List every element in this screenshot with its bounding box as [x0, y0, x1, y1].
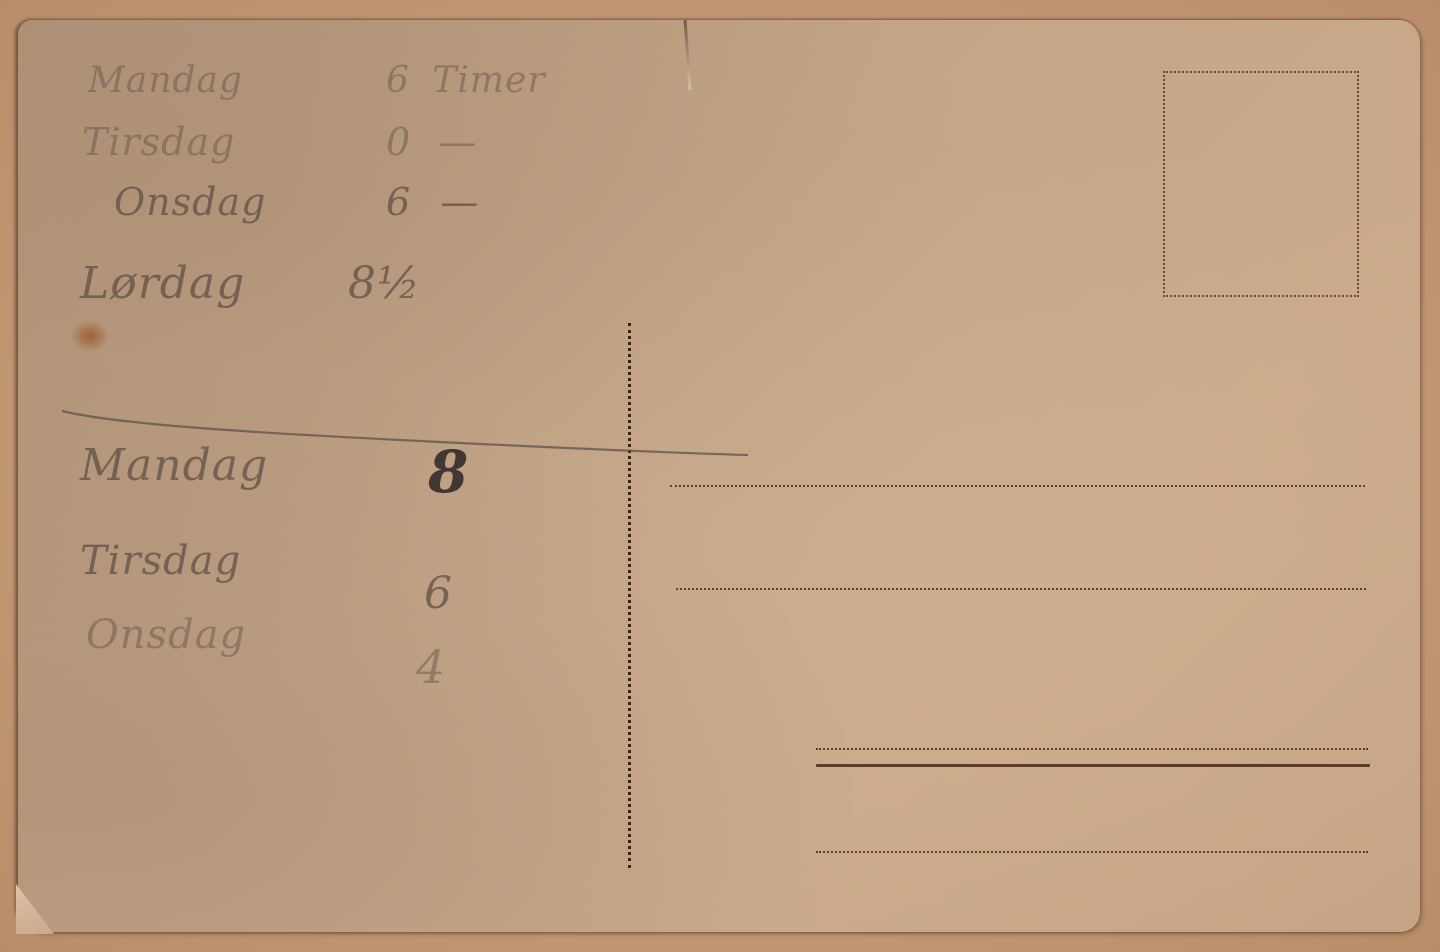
note-value: 4	[416, 640, 446, 694]
note-label: Mandag	[88, 60, 243, 101]
address-line-4	[816, 851, 1368, 853]
bent-corner	[16, 884, 54, 934]
address-line-1	[670, 485, 1365, 487]
note-label: Lørdag	[80, 258, 245, 309]
paper-crease	[684, 20, 692, 90]
postcard-back: Mandag 6 Timer Tirsdag 0 — Onsdag 6 — Lø…	[18, 20, 1420, 932]
rust-stain	[70, 320, 110, 352]
stamp-box	[1163, 71, 1359, 297]
note-value: 6 —	[386, 180, 479, 224]
note-label: Onsdag	[114, 180, 266, 224]
note-label: Mandag	[80, 440, 268, 491]
note-label: Tirsdag	[82, 120, 235, 164]
address-line-2	[676, 588, 1366, 590]
note-label: Onsdag	[86, 612, 246, 658]
note-row: Mandag	[88, 60, 243, 101]
note-value: 6	[424, 568, 453, 619]
note-value: 8	[428, 438, 469, 506]
note-value: 8½	[348, 258, 421, 309]
address-line-solid	[816, 764, 1370, 767]
note-value: 6 Timer	[386, 60, 546, 101]
note-value: 0 —	[386, 120, 477, 164]
address-line-3	[816, 748, 1368, 750]
note-label: Tirsdag	[80, 538, 241, 584]
